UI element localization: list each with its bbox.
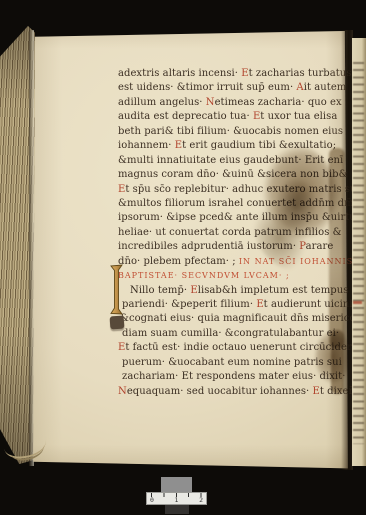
manuscript-text-segment: &multi innatiuitate eius gaudebunt· [118, 155, 305, 166]
manuscript-text-segment: beth pari& tibi filium· &uocabis nomen e… [118, 126, 343, 137]
manuscript-line: &multos filiorum israhel conuertet addn̄… [118, 197, 348, 211]
manuscript-text-segment: BAPTISTAE· SECVNDVM LVCAM· ; [118, 271, 290, 280]
manuscript-line: magnus coram dn̄o· &uinū &sicera non bib… [118, 168, 348, 182]
manuscript-text-segment: &cognati eius· quia magnificauit dn̄s mi… [120, 313, 360, 324]
manuscript-photo: adextris altaris incensi· Et zacharias t… [0, 0, 366, 515]
manuscript-text-segment: etimeas zacharia· quo ex [215, 97, 342, 108]
manuscript-text-segment: zachariam· [122, 371, 182, 382]
manuscript-line: Et sp̄u sc̄o replebitur· adhuc exutero m… [118, 183, 348, 197]
manuscript-text-segment: t erit gaudium tibi &exultatio; [182, 140, 336, 151]
ruler-labels: 0 1 2 [147, 496, 206, 504]
manuscript-line: dn̄o· plebem pfectam· ; IN NAT SC̄I IOHA… [118, 255, 348, 269]
manuscript-line: zachariam· Et respondens mater eius· dix… [118, 370, 348, 384]
measurement-ruler: 0 1 2 [146, 492, 207, 505]
manuscript-text-segment: N [206, 97, 215, 108]
ruler-label: 1 [175, 496, 179, 504]
ruler-stand [165, 505, 189, 514]
manuscript-text-segment: incredibiles adprudentiā iustorum· [118, 241, 299, 252]
manuscript-text-segment: E [182, 371, 189, 382]
manuscript-text-segment: magnus coram dn̄o· &uinū &sicera non bib… [118, 169, 348, 180]
manuscript-text-segment: equaquam· sed uocabitur iohannes· [127, 386, 313, 397]
manuscript-line: iohannem· Et erit gaudium tibi &exultati… [118, 139, 348, 153]
manuscript-text-segment: N [118, 386, 127, 397]
manuscript-text-segment: &multos filiorum israhel conuertet addn̄… [118, 198, 354, 209]
manuscript-line: Nillo temp̄· Elisab&h impletum est tempu… [118, 284, 348, 298]
manuscript-text-segment: adextris altaris incensi· [118, 68, 241, 79]
ruler-label: 0 [150, 496, 154, 504]
manuscript-text-segment: N [130, 285, 139, 296]
manuscript-text-segment: est uidens· &timor irruit sup̄ eum· [118, 82, 296, 93]
manuscript-line: audita est deprecatio tua· Et uxor tua e… [118, 110, 348, 124]
manuscript-line: ipsorum· &ipse pced& ante illum insp̄u &… [118, 211, 348, 225]
manuscript-line: BAPTISTAE· SECVNDVM LVCAM· ; [118, 269, 348, 283]
manuscript-text-segment: it autem [304, 82, 347, 93]
ruler-label: 2 [199, 496, 203, 504]
manuscript-line: &multi innatiuitate eius gaudebunt· Erit… [118, 154, 348, 168]
manuscript-text-segment: puerum· &uocabant eum nomine patris sui [122, 357, 342, 368]
manuscript-text-segment: dn̄o· plebem pfectam· ; [118, 256, 239, 267]
manuscript-line: Et factū est· indie octauo uenerunt circ… [118, 341, 348, 355]
manuscript-line: diam suam cumilla· &congratulabantur ei· [118, 327, 348, 341]
manuscript-text-segment: A [296, 82, 303, 93]
manuscript-text-segment: t sp̄u sc̄o replebitur· adhuc exutero ma… [125, 184, 366, 195]
manuscript-text-segment: E [190, 285, 197, 296]
manuscript-line: beth pari& tibi filium· &uocabis nomen e… [118, 125, 348, 139]
manuscript-text-segment: arare [306, 241, 334, 252]
damage-patch [110, 316, 125, 330]
manuscript-text-segment: E [241, 68, 248, 79]
photo-scale-tab [161, 477, 192, 493]
manuscript-line: incredibiles adprudentiā iustorum· Parar… [118, 240, 348, 254]
manuscript-text-segment: illo temp̄· [139, 285, 191, 296]
initial-i-glyph [110, 264, 123, 316]
illuminated-initial-i [110, 264, 123, 316]
manuscript-line: adextris altaris incensi· Et zacharias t… [118, 67, 348, 81]
manuscript-text-segment: diam suam cumilla· &congratulabantur ei· [122, 328, 339, 339]
page-seam-shadow [29, 30, 34, 466]
manuscript-line: &cognati eius· quia magnificauit dn̄s mi… [118, 312, 348, 326]
manuscript-text-segment: IN NAT SC̄I IOHANNIS [239, 257, 353, 266]
manuscript-text-segment: audita est deprecatio tua· [118, 111, 253, 122]
manuscript-text-segment: heliae· ut conuertat corda patrum infili… [118, 227, 342, 238]
manuscript-line: Nequaquam· sed uocabitur iohannes· Et di… [118, 385, 348, 399]
manuscript-text-segment: rit enī [312, 155, 343, 166]
manuscript-text-segment: iohannem· [118, 140, 175, 151]
manuscript-text-segment: E [256, 299, 263, 310]
manuscript-text-segment: t audierunt uicini [264, 299, 353, 310]
manuscript-text-segment: t zacharias turbatus [249, 68, 352, 79]
text-block: adextris altaris incensi· Et zacharias t… [118, 67, 348, 399]
manuscript-text-segment: E [312, 386, 319, 397]
manuscript-line: adillum angelus· Netimeas zacharia· quo … [118, 96, 348, 110]
manuscript-text-segment: t respondens mater eius· dixit· [189, 371, 346, 382]
manuscript-text-segment: t uxor tua elisa [260, 111, 337, 122]
facing-page-rubric-mark [353, 301, 362, 304]
manuscript-text-segment: pariendi· &peperit filium· [122, 299, 256, 310]
manuscript-line: pariendi· &peperit filium· Et audierunt … [118, 298, 348, 312]
manuscript-line: puerum· &uocabant eum nomine patris sui [118, 356, 348, 370]
manuscript-text-segment: adillum angelus· [118, 97, 206, 108]
manuscript-text-segment: lisab&h impletum est tempus [198, 285, 349, 296]
manuscript-text-segment: t factū est· indie octauo uenerunt circū… [125, 342, 357, 353]
manuscript-line: est uidens· &timor irruit sup̄ eum· Ait … [118, 81, 348, 95]
manuscript-text-segment: ipsorum· &ipse pced& ante illum insp̄u &… [118, 212, 366, 223]
manuscript-line: heliae· ut conuertat corda patrum infili… [118, 226, 348, 240]
facing-page-text-lines [353, 62, 364, 444]
